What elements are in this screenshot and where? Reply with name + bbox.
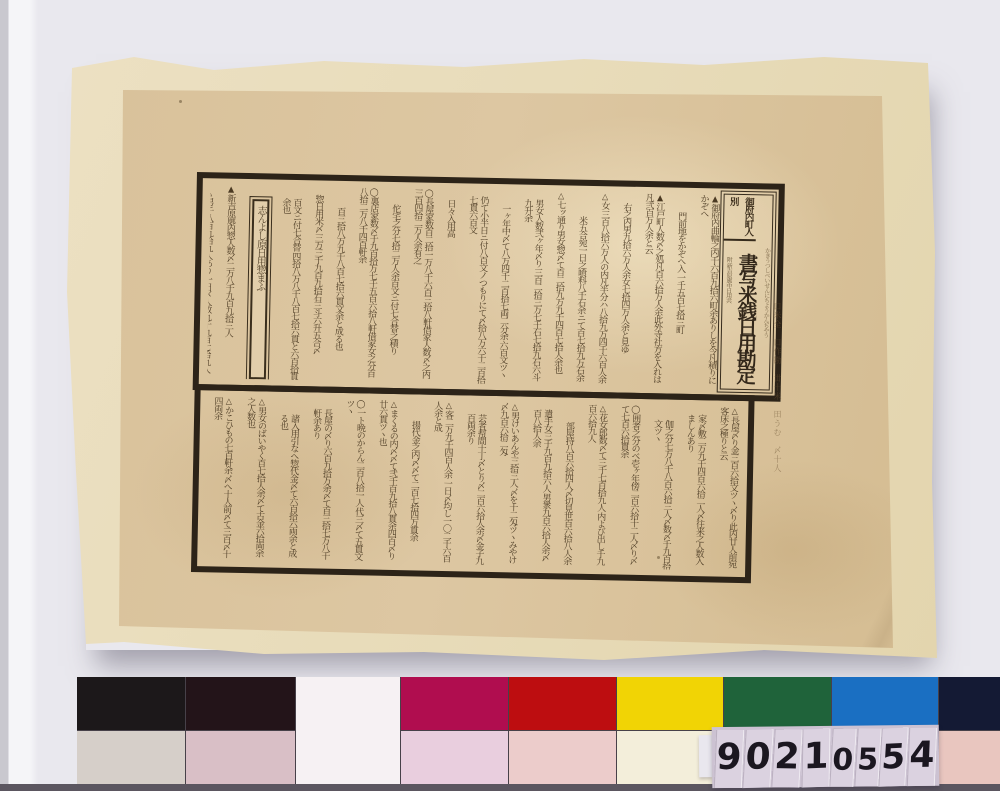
text-column: 揚代金之内〆〆て二百七拾四万貫余 (406, 420, 421, 564)
text-column: 諸入用引なへ惣代金〆て六百拾六両余と成る也 (274, 414, 300, 562)
digit-tile: 9 (714, 730, 744, 788)
column-mark: △ (207, 188, 214, 197)
column-mark: ◯ (356, 399, 365, 408)
column-text: 右之内男九拾六万人余女七拾四万人余と見ゆ (618, 203, 631, 353)
text-column: 一ヶ年中〆て八万四千二百拾七両二分余 六百文ツヽ (496, 204, 512, 384)
color-patch (509, 677, 616, 730)
column-text: 客二万九千四百人余 一日〆均し一〇二千六百人余と成 (432, 401, 453, 562)
title-furigana: かきうつしべいせんにちようかんぢやう (760, 247, 772, 383)
text-column: 芸者幇間十丁〆とり〆二百六拾人余〆金子九百両余り (461, 413, 487, 565)
column-text: 芸者幇間十丁〆とり〆二百六拾人余〆金子九百両余り (465, 413, 487, 563)
digit-tile: 0 (829, 729, 856, 787)
text-column: 惣日用米〆 三万三千九百九拾石三斗六升五合〆 (309, 194, 325, 380)
column-mark: ▲ (227, 185, 236, 194)
text-column: 佗宅之分七拾二万人余百文ニ付七合替之積り (386, 204, 402, 382)
text-column: 志んよし原日用惣まふ (249, 199, 270, 379)
text-column: 日々入用高 (441, 199, 457, 383)
column-mark: △ (600, 192, 609, 201)
text-column: ▲江戸町人数〆之処凡百六拾万人余此外寺社方を入れは凡弐百万人余と云 (639, 193, 666, 387)
column-text: 遣手女三千九百九拾六人 男衆九百六拾人余〆百八拾人余 (531, 409, 553, 561)
agency-line: 御府内 (743, 197, 754, 220)
frame-lower-section: △長屋〆り金三百六拾文ツヽ〆り 此内廿人前宛客床之極りと云 家〆敷二万九千四百六… (191, 384, 755, 583)
text-column: △長屋〆り金三百六拾文ツヽ〆り 此内廿人前宛客床之極りと云 (714, 406, 740, 570)
document-title: 書写米銭日用勘定 (735, 241, 758, 390)
text-column: 門前地をかぞへ入 一千五百七拾三町 (672, 212, 688, 388)
digit-tile: 2 (771, 729, 802, 788)
column-text: 惣日用米〆 三万三千九百九拾石三斗六升五合〆 (310, 194, 323, 353)
digit-tile: 5 (854, 728, 881, 786)
text-column: 長屋の〆り六百九拾万余〆て百三拾七万八千軒余あり (307, 408, 333, 562)
column-text: 七ッ通り男女惣〆て百二拾九万九千四百七拾人余也 (552, 200, 565, 373)
digit-tile: 5 (879, 728, 909, 787)
digit-tiles: 9 0 2 1 0 5 5 4 (712, 725, 940, 788)
text-column: △客二万九千四百人余 一日〆均し一〇二千六百人余と成 (428, 401, 454, 565)
text-column: 百三拾八万九千八百七拾六貫文余と成る也 (331, 207, 346, 381)
column-mark: △ (444, 401, 453, 410)
color-patch (939, 731, 1000, 784)
column-mark: △ (389, 400, 398, 409)
catalog-number-label: 9 0 2 1 0 5 5 4 (699, 725, 940, 789)
column-text: 御府内曲輪之内千六百九拾六町余ありしを今凡積りにかぞへ (698, 194, 719, 383)
column-text: 家〆敷二万九千四百六拾二人〆往来之人数入ましんあり (684, 414, 706, 564)
text-column: △男 千八百九拾九人あり 一日〆人数九千九百七拾九人余 (207, 188, 215, 378)
text-column: ◯囲者之分のべ壱ヶ年傍二百六拾十二人〆り〆て七百六拾貫余 (615, 405, 641, 569)
frame-upper-section: 御府内町人別 書写米銭日用勘定 かきうつしべいせんにちようかんぢやう 附 新吉原… (193, 172, 785, 402)
column-text: 女 三百八拾六万人の内凡半分ハ八拾九万四千六百人余 (596, 201, 610, 383)
text-column: ◯一ト晩のからん二百八拾一人 代三〆て五貫文ツヽ (340, 399, 366, 563)
column-text: 男 千八百九拾九人あり 一日〆人数九千九百七拾九人余 (207, 188, 214, 373)
text-column: 家〆敷二万九千四百六拾二人〆往来之人数入ましんあり (681, 414, 707, 570)
paper-speck (179, 100, 182, 103)
color-patch (77, 677, 185, 730)
text-column: △かこひもの七百軒余 〆へ十人前〆て三百〆十四両余 (208, 396, 234, 560)
column-mark: △ (224, 397, 233, 406)
text-column: △男けいあんや三拾三人 〆を十二匁ツヽみやけ〆九百六拾二匁 (494, 402, 520, 566)
color-patch (77, 731, 185, 784)
column-mark: △ (510, 402, 519, 411)
title-cartouche: 御府内町人別 書写米銭日用勘定 かきうつしべいせんにちようかんぢやう 附 新吉原… (717, 191, 777, 394)
color-patch (401, 677, 508, 730)
column-text: 日々入用高 (445, 199, 456, 237)
column-mark: △ (598, 404, 607, 413)
column-text: 男けいあんや三拾三人 〆を十二匁ツヽみやけ〆九百六拾二匁 (497, 402, 519, 563)
color-patch (617, 677, 723, 730)
text-column: ▲御府内曲輪之内千六百九拾六町余ありしを今凡積りにかぞへ (694, 194, 721, 388)
column-text: 諸入用引なへ惣代金〆て六百拾六両余と成る也 (278, 414, 299, 557)
column-text: 裏店家数〆千九百拾万七千五百六拾八軒借家女之分百八拾二万八千四百軒余 (356, 187, 378, 376)
column-text: 仍て小半日ニ付八百文ノつもりにて〆拾八万六千二百拾七貫六百文 (467, 195, 489, 383)
text-column: ◯長屋家数百二拾一万八千六百三拾八軒借家人数〆之内三百四拾二万人余有之 (408, 188, 435, 382)
digit-tile: 1 (801, 728, 830, 787)
lower-text-columns: △長屋〆り金三百六拾文ツヽ〆り 此内廿人前宛客床之極りと云 家〆敷二万九千四百六… (205, 396, 740, 571)
column-text: 江戸町人数〆之処凡百六拾万人余此外寺社方を入れは凡弐百万人余と云 (642, 193, 664, 382)
column-mark: ◯ (370, 187, 379, 196)
text-column: △七ッ通り男女惣〆て百二拾九万九千四百七拾人余也 (551, 191, 567, 385)
digit-tile: 4 (907, 728, 937, 786)
text-column: △花女郎数〆て三千七百拾九人 内よび出し千九百六拾九人 (582, 404, 608, 568)
column-mark: △ (730, 407, 739, 416)
column-text: 長屋家数百二拾一万八千六百三拾八軒借家人数〆之内三百四拾二万人余有之 (411, 188, 433, 377)
color-patch (296, 677, 400, 784)
column-text: 百文ニ付七合替 四拾八万八千八百七拾六貫と六百拾貫余也 (280, 198, 301, 380)
title-subnote: 附 新吉原廓中日用共 (723, 257, 734, 337)
column-text: 長屋〆り金三百六拾文ツヽ〆り 此内廿人前宛客床之極りと云 (717, 407, 739, 568)
color-patch (509, 731, 616, 784)
column-text: 米五合宛一日之喰料八千石余ニて百七拾九万石余 (574, 216, 587, 381)
text-column: 男女人数弐ヶ年〆り 三百二拾三万七千石七拾九石六斗九升余 (518, 199, 545, 385)
column-mark: ◯ (631, 405, 640, 414)
column-text: 佗宅之分七拾二万人余百文ニ付七合替之積り (387, 204, 400, 354)
column-text: 新吉原廓内惣人数〆二万八千九百九拾三人 (223, 194, 236, 337)
column-text: 長屋の〆り六百九拾万余〆て百三拾七万八千軒余あり (311, 408, 333, 558)
color-patch (832, 677, 938, 730)
column-mark: △ (257, 397, 266, 406)
column-text: 男女のばいやく百七拾人余〆て古金六拾両余之人数也 (245, 397, 266, 556)
column-text: 一ヶ年中〆て八万四千二百拾七両二分余 六百文ツヽ (497, 204, 510, 378)
text-column: 伽之分七万八千八百六拾三人〆数〆千九百拾文ツヽ (648, 419, 674, 569)
column-text: 伽之分七万八千八百六拾三人〆数〆千九百拾文ツヽ (652, 419, 673, 569)
text-column: 部屋持八百六拾四人〆切見世百六拾八人余 (560, 421, 575, 567)
color-patch (939, 677, 1000, 730)
column-text: 一ト晩のからん二百八拾一人 代三〆て五貫文ツヽ (344, 399, 365, 560)
text-column: 右之内男九拾六万人余女七拾四万人余と見ゆ (617, 203, 633, 387)
column-text: 男女人数弐ヶ年〆り 三百二拾三万七千石七拾九石六斗九升余 (522, 199, 543, 381)
column-text: 部屋持八百六拾四人〆切見世百六拾八人余 (561, 421, 574, 564)
printed-frame: 御府内町人別 書写米銭日用勘定 かきうつしべいせんにちようかんぢやう 附 新吉原… (188, 172, 808, 608)
text-column: 仍て小半日ニ付八百文ノつもりにて〆拾八万六千二百拾七貫六百文 (463, 195, 490, 383)
text-column: △男女のばいやく百七拾人余〆て古金六拾両余之人数也 (241, 397, 267, 561)
column-mark: △ (557, 191, 566, 200)
column-text: かこひもの七百軒余 〆へ十人前〆て三百〆十四両余 (212, 396, 233, 557)
photo-edge (0, 0, 40, 791)
column-text: 揚代金之内〆〆て二百七拾四万貫余 (408, 420, 420, 540)
column-text: まくるの内〆〆て弐千百九拾八貫余四百〆り廿六貫ツヽ也 (377, 400, 399, 559)
column-mark: ▲ (655, 193, 664, 202)
label-strip: 9 0 2 1 0 5 5 4 (712, 725, 940, 788)
color-patch (724, 677, 831, 730)
text-column: ▲新吉原廓内惣人数〆二万八千九百九拾三人 (221, 185, 237, 379)
label-side-tab (699, 735, 712, 777)
digit-tile: 0 (742, 729, 773, 788)
column-text: 花女郎数〆て三千七百拾九人 内よび出し千九百六拾九人 (586, 404, 608, 565)
column-text: 志んよし原日用惣まふ (254, 205, 267, 290)
upper-text-columns: ▲御府内曲輪之内千六百九拾六町余ありしを今凡積りにかぞへ 門前地をかぞへ入 一千… (207, 184, 721, 388)
color-patch (186, 731, 295, 784)
text-column: ◯裏店家数〆千九百拾万七千五百六拾八軒借家女之分百八拾二万八千四百軒余 (353, 187, 380, 381)
column-mark: ◯ (425, 189, 434, 198)
color-patch (401, 731, 508, 784)
color-patch (186, 677, 295, 730)
text-column: 百文ニ付七合替 四拾八万八千八百七拾六貫と六百拾貫余也 (276, 198, 303, 380)
text-column: △女 三百八拾六万人の内凡半分ハ八拾九万四千六百人余 (595, 192, 611, 386)
text-column: 米五合宛一日之喰料八千石余ニて百七拾九万石余 (573, 216, 588, 386)
text-column: 遣手女三千九百九拾六人 男衆九百六拾人余〆百八拾人余 (527, 409, 553, 567)
handwritten-margin-note: 口米全 口作勘 丗十米 田うむ 〆十人 (772, 302, 783, 502)
text-column: △まくるの内〆〆て弐千百九拾八貫余四百〆り廿六貫ツヽ也 (373, 400, 399, 564)
title-header-box: 御府内町人別 (724, 195, 757, 242)
column-text: 囲者之分のべ壱ヶ年傍二百六拾十二人〆り〆て七百六拾貫余 (618, 405, 640, 564)
column-text: 門前地をかぞへ入 一千五百七拾三町 (674, 212, 686, 334)
column-text: 百三拾八万九千八百七拾六貫文余と成る也 (332, 207, 345, 350)
column-mark: ▲ (710, 194, 719, 203)
